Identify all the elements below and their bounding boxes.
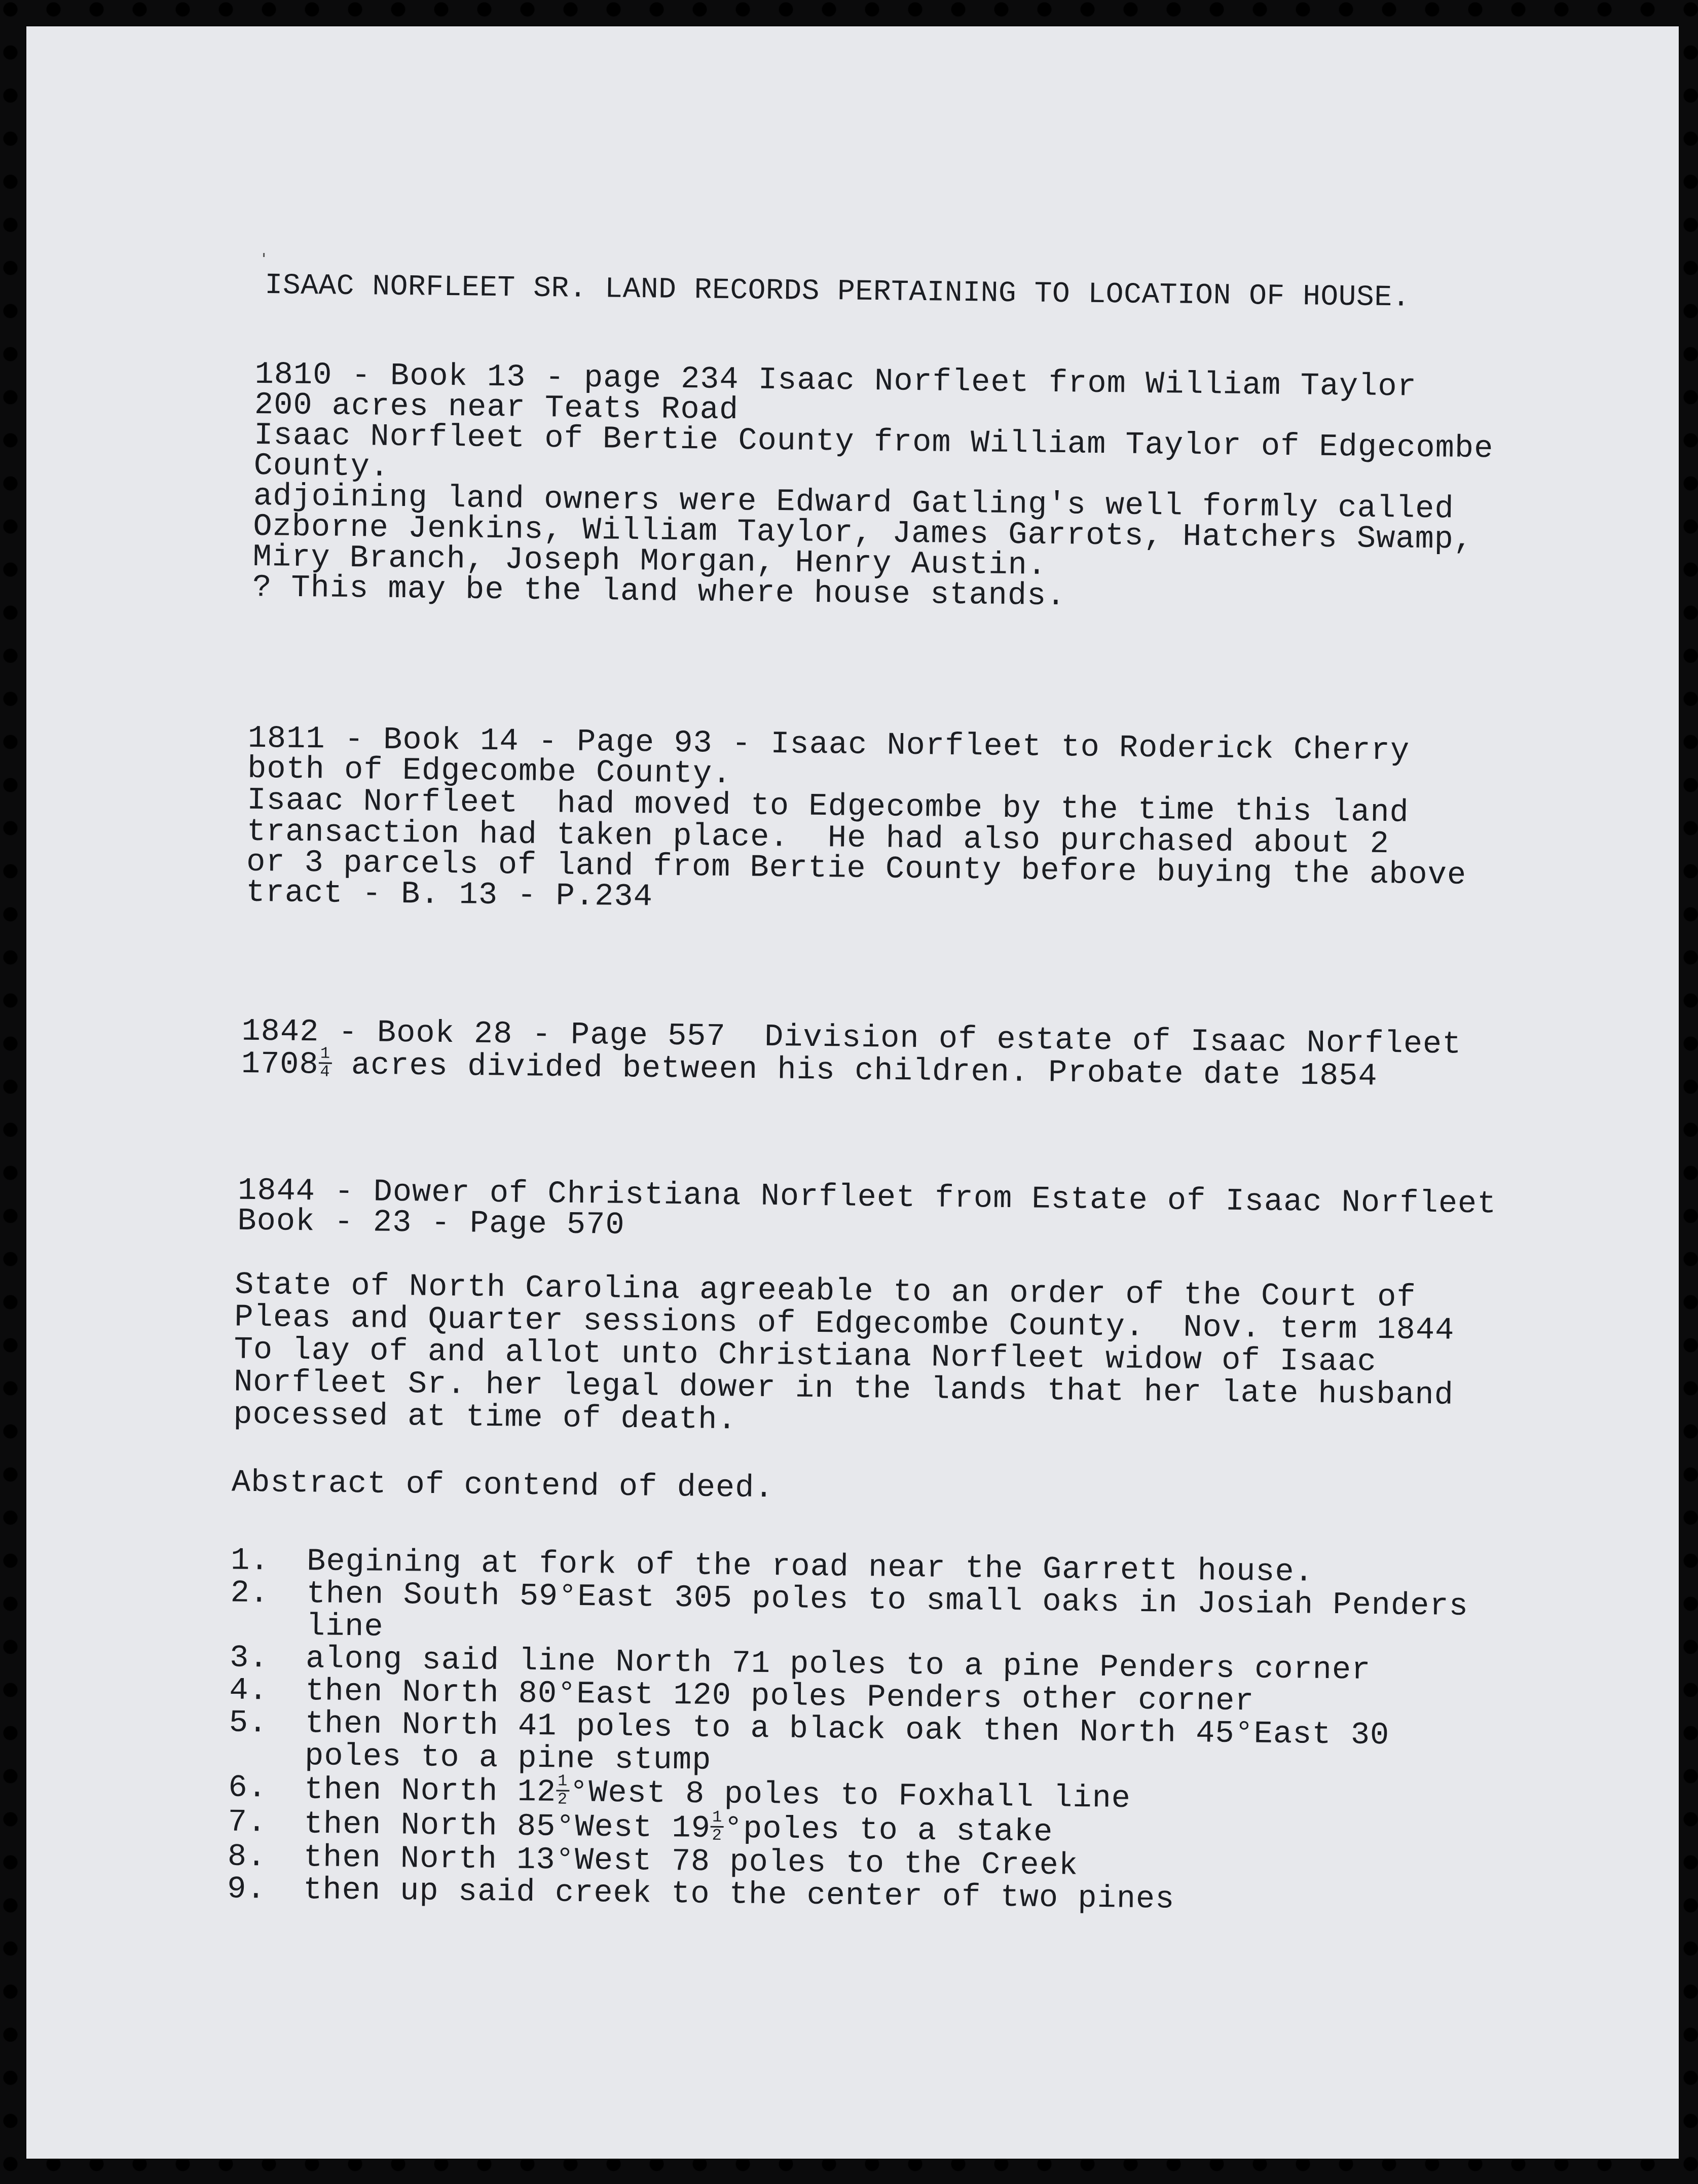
list-number: 4. <box>229 1675 306 1708</box>
stray-mark <box>263 253 265 257</box>
document-content: ISAAC NORFLEET SR. LAND RECORDS PERTAINI… <box>3 26 1678 2176</box>
record-1844: 1844 - Dower of Christiana Norfleet from… <box>237 1176 1497 1250</box>
court-order-paragraph: State of North Carolina agreeable to an … <box>233 1269 1455 1444</box>
abstract-list: 1. Begining at fork of the road near the… <box>227 1545 1524 1920</box>
abstract-heading-block: Abstract of contend of deed. <box>232 1468 774 1504</box>
list-number: 8. <box>228 1841 304 1874</box>
list-number: 1. <box>231 1545 307 1578</box>
list-number: 3. <box>230 1642 306 1676</box>
list-number: 2. <box>230 1577 307 1643</box>
document-page: ISAAC NORFLEET SR. LAND RECORDS PERTAINI… <box>26 26 1679 2159</box>
list-number: 7. <box>228 1806 304 1842</box>
abstract-heading: Abstract of contend of deed. <box>232 1468 774 1504</box>
fraction: 12 <box>711 1809 724 1844</box>
list-number: 6. <box>228 1772 305 1807</box>
list-number: 9. <box>227 1873 304 1907</box>
record-1842: 1842 - Book 28 - Page 557 Division of es… <box>241 1016 1462 1095</box>
document-title: ISAAC NORFLEET SR. LAND RECORDS PERTAINI… <box>265 271 1410 313</box>
fraction: 12 <box>556 1773 570 1808</box>
record-1810: 1810 - Book 13 - page 234 Isaac Norfleet… <box>252 359 1494 616</box>
acreage-whole: 1708 <box>241 1046 319 1083</box>
list-number: 5. <box>229 1707 305 1773</box>
record-1811: 1811 - Book 14 - Page 93 - Isaac Norflee… <box>246 723 1468 921</box>
fraction: 14 <box>318 1045 332 1080</box>
